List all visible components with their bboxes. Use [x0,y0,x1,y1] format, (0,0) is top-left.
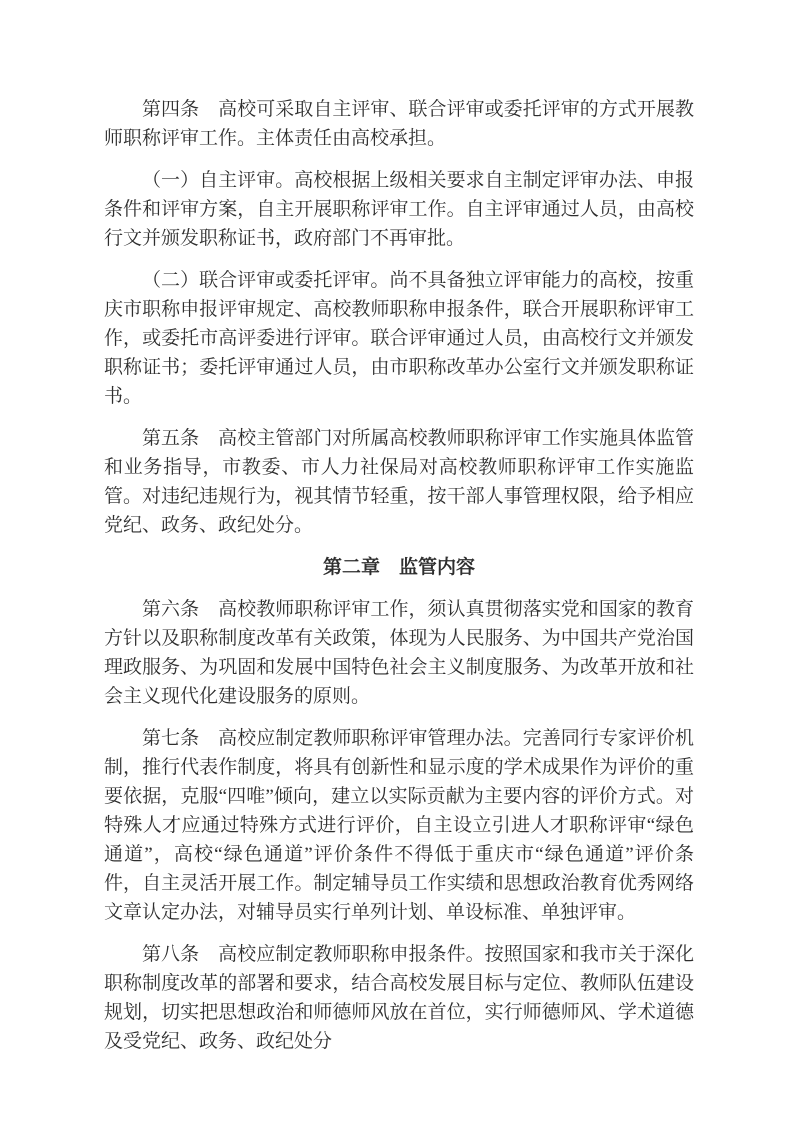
article-6-paragraph: 第六条 高校教师职称评审工作，须认真贯彻落实党和国家的教育方针以及职称制度改革有… [104,595,694,711]
document-page: 第四条 高校可采取自主评审、联合评审或委托评审的方式开展教师职称评审工作。主体责… [0,0,793,1122]
item-2-joint-review-paragraph: （二）联合评审或委托评审。尚不具备独立评审能力的高校，按重庆市职称申报评审规定、… [104,266,694,411]
article-5-paragraph: 第五条 高校主管部门对所属高校教师职称评审工作实施具体监管和业务指导，市教委、市… [104,424,694,540]
article-8-paragraph: 第八条 高校应制定教师职称申报条件。按照国家和我市关于深化职称制度改革的部署和要… [104,940,694,1056]
document-body: 第四条 高校可采取自主评审、联合评审或委托评审的方式开展教师职称评审工作。主体责… [104,95,694,1056]
chapter-2-heading: 第二章 监管内容 [104,553,694,582]
item-1-self-review-paragraph: （一）自主评审。高校根据上级相关要求自主制定评审办法、申报条件和评审方案，自主开… [104,166,694,253]
article-7-paragraph: 第七条 高校应制定教师职称评审管理办法。完善同行专家评价机制，推行代表作制度，将… [104,724,694,927]
article-4-paragraph: 第四条 高校可采取自主评审、联合评审或委托评审的方式开展教师职称评审工作。主体责… [104,95,694,153]
